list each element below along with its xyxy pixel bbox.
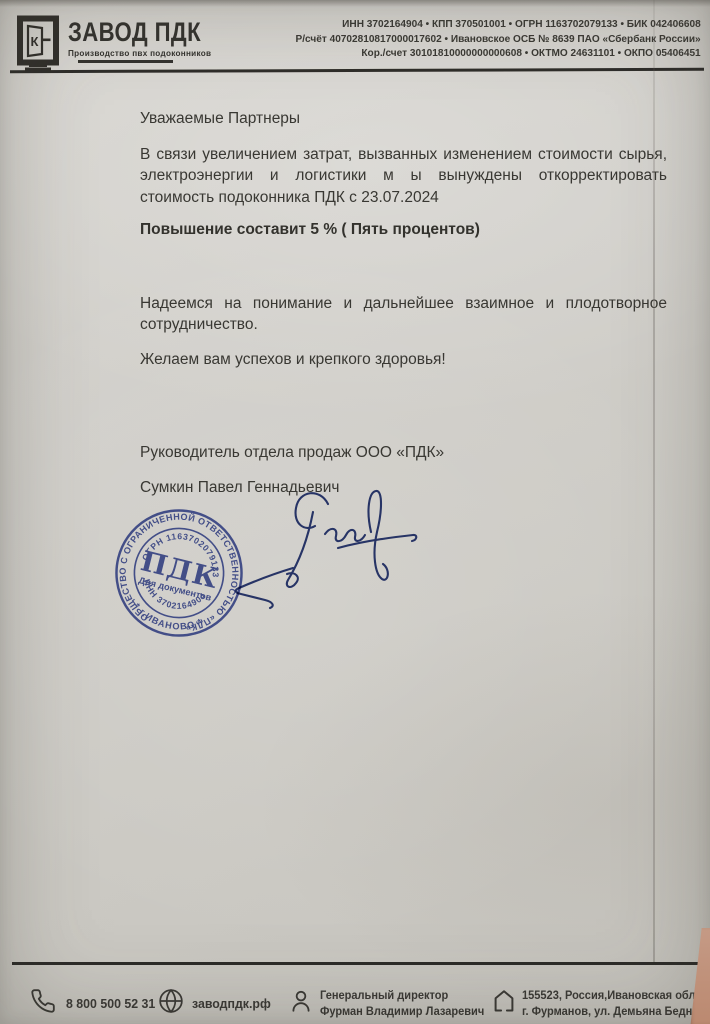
paragraph-line: Надеемся на понимание и дальнейшее взаим… [140,293,667,315]
details-line-3: Кор./счет 30101810000000000608 • ОКТМО 2… [296,47,701,62]
logo-underline [78,60,173,63]
greeting-line: Уважаемые Партнеры [140,108,667,130]
paragraph-cooperation: Надеемся на понимание и дальнейшее взаим… [140,293,667,336]
paragraph-price-increase: В связи увеличением затрат, вызванных из… [140,144,667,209]
director-name: Фурман Владимир Лазаревич [320,1004,484,1020]
signature [225,482,425,614]
details-line-2: Р/счёт 40702810817000017602 • Ивановское… [296,33,701,48]
company-tagline: Производство пвх подоконников [68,48,211,58]
paragraph-line: стоимость подоконника ПДК с 23.07.2024 [140,187,667,209]
company-name: ЗАВОД ПДК [68,17,201,48]
person-icon [288,987,314,1015]
signature-ink-icon [225,482,425,614]
phone-icon [30,988,56,1014]
price-increase-highlight: Повышение составит 5 % ( Пять процентов) [140,219,667,241]
address-line2: г. Фурманов, ул. Демьяна Бедного, д. 6 [522,1004,710,1020]
paragraph-line: В связи увеличением затрат, вызванных из… [140,144,667,166]
director-block: Генеральный директор Фурман Владимир Лаз… [320,988,484,1019]
details-line-1: ИНН 3702164904 • КПП 370501001 • ОГРН 11… [296,18,701,33]
address-line1: 155523, Россия,Ивановская область, [522,988,710,1004]
paper-crease [653,0,655,962]
globe-icon [158,988,184,1014]
company-logo-door-icon: К [16,15,62,73]
scanned-letter-page: К ЗАВОД ПДК Производство пвх подоконнико… [0,0,710,1024]
signoff-role: Руководитель отдела продаж ООО «ПДК» [140,442,667,464]
header-divider [10,68,704,73]
company-details: ИНН 3702164904 • КПП 370501001 • ОГРН 11… [296,18,701,62]
paragraph-line: электроэнергии и логистики м ы вынуждены… [140,165,667,187]
phone-number: 8 800 500 52 31 [66,996,155,1011]
house-icon [490,986,518,1014]
svg-text:К: К [31,34,39,49]
footer-divider [12,962,710,965]
letter-body: Уважаемые Партнеры В связи увеличением з… [140,108,667,498]
director-title: Генеральный директор [320,988,484,1004]
website-url: заводпдк.рф [192,996,271,1011]
paragraph-line: сотрудничество. [140,314,667,336]
wish-line: Желаем вам успехов и крепкого здоровья! [140,349,667,371]
address-block: 155523, Россия,Ивановская область, г. Фу… [522,988,710,1019]
